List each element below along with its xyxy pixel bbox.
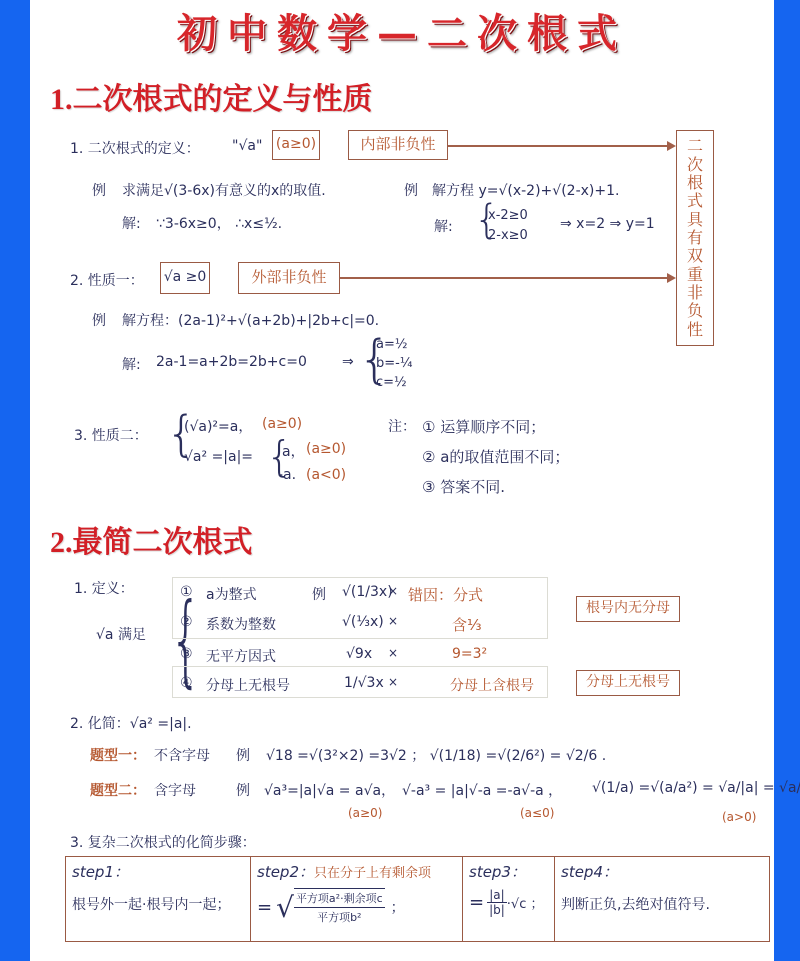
- step2-sqrt-icon: √: [276, 891, 294, 924]
- type1-prefix: 例: [236, 745, 250, 765]
- arrow-head-1: [667, 141, 676, 151]
- complex-label: 3. 复杂二次根式的化简步骤：: [70, 832, 256, 852]
- definition-condition: (a≥0): [273, 131, 319, 158]
- notes-label: 注：: [388, 416, 416, 436]
- property2-case2-cond: (a<0): [306, 467, 346, 483]
- definition-expr: "√a": [232, 138, 262, 154]
- example2-system-2: 2-x≥0: [488, 228, 528, 243]
- step2-semicolon: ；: [391, 897, 405, 917]
- example3-arrow: ⇒: [342, 354, 354, 370]
- example3-prefix: 例: [92, 310, 106, 330]
- example1-solution: ∵3-6x≥0， ∴x≤½.: [156, 213, 282, 233]
- side-char: 式: [687, 193, 703, 209]
- double-nonneg-box: 二 次 根 式 具 有 双 重 非 负 性: [676, 130, 714, 346]
- side-char: 重: [687, 267, 703, 283]
- inner-nonneg-box: 内部非负性: [348, 130, 448, 160]
- step3-equals: =: [469, 892, 484, 913]
- example3-solution: 2a-1=a+2b=2b+c=0: [156, 354, 307, 370]
- side-char: 非: [687, 285, 703, 301]
- side-char: 负: [687, 303, 703, 319]
- step3-fraction: |a| |b|: [487, 888, 507, 917]
- type2-cond1: (a≥0): [348, 806, 382, 820]
- row2-reason: 含⅓: [452, 614, 482, 635]
- definition-label: 1. 二次根式的定义：: [70, 138, 200, 158]
- note-item-1: ① 运算顺序不同；: [422, 416, 545, 437]
- example2-solution-label: 解:: [434, 216, 453, 236]
- step3-title: step3：: [469, 861, 548, 882]
- no-denominator-in-root-box: 根号内无分母: [576, 596, 680, 622]
- step2-title: step2：: [257, 863, 314, 881]
- example3-question: 解方程：(2a-1)²+√(a+2b)+|2b+c|=0.: [122, 310, 379, 330]
- type2-expr1: √a³=|a|√a = a√a，: [264, 780, 395, 800]
- example3-result-b: b=-¼: [376, 356, 412, 371]
- side-char: 次: [687, 157, 703, 173]
- property2-case1-cond: (a≥0): [306, 441, 346, 457]
- row1-num: ①: [180, 584, 193, 600]
- type2-cond2: (a≤0): [520, 806, 554, 820]
- step2-title-extra: 只在分子上有剩余项: [314, 866, 431, 881]
- example1-prefix: 例: [92, 180, 106, 200]
- section1-heading: 1.二次根式的定义与性质: [50, 74, 373, 118]
- example1-solution-label: 解:: [122, 213, 141, 233]
- section2-heading: 2.最简二次根式: [50, 517, 253, 561]
- example3-solution-label: 解:: [122, 354, 141, 374]
- side-char: 根: [687, 175, 703, 191]
- worksheet-page: 初中数学—二次根式 1.二次根式的定义与性质 1. 二次根式的定义： "√a" …: [30, 0, 774, 961]
- side-char: 双: [687, 248, 703, 264]
- row3-mark: ×: [388, 646, 398, 660]
- row4-reason: 分母上含根号: [450, 675, 534, 695]
- row3-reason: 9=3²: [452, 646, 487, 662]
- row4-condition: 分母上无根号: [206, 675, 290, 695]
- step2-numerator: 平方项a²·剩余项c: [294, 889, 385, 908]
- page-title: 初中数学—二次根式: [30, 2, 774, 59]
- example2-question: 解方程 y=√(x-2)+√(2-x)+1.: [432, 180, 619, 200]
- row3-example: √9x: [346, 646, 372, 662]
- property2-line1-cond: (a≥0): [262, 416, 302, 432]
- type2-label: 题型二：: [90, 780, 146, 800]
- step2-header: step2：只在分子上有剩余项: [257, 861, 456, 882]
- side-char: 有: [687, 230, 703, 246]
- outer-nonneg-tag: 外部非负性: [239, 263, 339, 292]
- step1-title: step1：: [72, 861, 244, 882]
- example2-result: ⇒ x=2 ⇒ y=1: [560, 216, 655, 232]
- no-root-in-denominator-tag: 分母上无根号: [577, 671, 679, 694]
- step3-body: = |a| |b| ·√c ；: [469, 888, 548, 917]
- step3-denominator: |b|: [487, 903, 507, 917]
- type2-expr2: √-a³ = |a|√-a =-a√-a ，: [402, 780, 562, 800]
- s2-subject: √a 满足: [96, 624, 146, 644]
- example2-system-1: x-2≥0: [488, 208, 528, 223]
- side-char: 二: [687, 138, 703, 154]
- property2-line2: √a² =|a|=: [184, 449, 253, 465]
- definition-condition-box: (a≥0): [272, 130, 320, 160]
- step4-cell: step4： 判断正负,去绝对值符号.: [555, 857, 770, 942]
- step1-cell: step1： 根号外一起·根号内一起；: [66, 857, 251, 942]
- step3-suffix: ·√c ；: [507, 893, 544, 912]
- arrow-head-2: [667, 273, 676, 283]
- right-blue-border: [774, 0, 800, 961]
- step2-equals: =: [257, 897, 272, 918]
- step1-body: 根号外一起·根号内一起；: [72, 894, 244, 914]
- step4-title: step4：: [561, 861, 763, 882]
- example2-prefix: 例: [404, 180, 418, 200]
- note-item-3: ③ 答案不同.: [422, 476, 505, 497]
- steps-table: step1： 根号外一起·根号内一起； step2：只在分子上有剩余项 = √ …: [65, 856, 770, 942]
- row2-num: ②: [180, 614, 193, 630]
- step3-cell: step3： = |a| |b| ·√c ；: [463, 857, 555, 942]
- property1-expr: √a ≥0: [161, 263, 209, 292]
- simplify-label: 2. 化简：√a² =|a|.: [70, 713, 192, 733]
- type2-desc: 含字母: [154, 780, 196, 800]
- inner-nonneg-tag: 内部非负性: [349, 131, 447, 158]
- row4-example: 1/√3x: [344, 675, 384, 691]
- type2-expr3: √(1/a) =√(a/a²) = √a/|a| = √a/a .: [592, 780, 800, 796]
- example3-result-a: a=½: [376, 337, 407, 352]
- row2-mark: ×: [388, 614, 398, 628]
- property2-label: 3. 性质二：: [74, 425, 148, 445]
- step2-body: = √ 平方项a²·剩余项c 平方项b² ；: [257, 888, 456, 926]
- property1-label: 2. 性质一：: [70, 270, 144, 290]
- step2-fraction: 平方项a²·剩余项c 平方项b²: [294, 888, 385, 926]
- row3-condition: 无平方因式: [206, 646, 276, 666]
- type1-desc: 不含字母: [154, 745, 210, 765]
- row4-num: ④: [180, 675, 193, 691]
- step2-denominator: 平方项b²: [315, 908, 363, 926]
- row1-reason: 错因：分式: [408, 584, 483, 605]
- row3-num: ③: [180, 646, 193, 662]
- arrow-line-1: [448, 145, 668, 147]
- row1-condition: a为整式: [206, 584, 257, 604]
- no-root-in-denominator-box: 分母上无根号: [576, 670, 680, 696]
- property2-case2: -a.: [278, 467, 296, 483]
- example3-result-c: c=½: [376, 375, 407, 390]
- step4-body: 判断正负,去绝对值符号.: [561, 894, 763, 914]
- s2-definition-label: 1. 定义：: [74, 578, 134, 598]
- type1-label: 题型一：: [90, 745, 146, 765]
- type2-prefix: 例: [236, 780, 250, 800]
- type2-cond3: (a>0): [722, 810, 756, 824]
- note-item-2: ② a的取值范围不同；: [422, 446, 569, 467]
- row2-example: √(⅓x): [342, 614, 384, 630]
- step3-numerator: |a|: [487, 888, 506, 903]
- arrow-line-2: [340, 277, 668, 279]
- outer-nonneg-box: 外部非负性: [238, 262, 340, 294]
- side-char: 性: [687, 322, 703, 338]
- property2-line1: (√a)²=a，: [184, 416, 252, 436]
- row1-example: √(1/3x): [342, 584, 393, 600]
- row2-condition: 系数为整数: [206, 614, 276, 634]
- step2-cell: step2：只在分子上有剩余项 = √ 平方项a²·剩余项c 平方项b² ；: [251, 857, 463, 942]
- property2-case1: a，: [282, 441, 305, 461]
- row4-mark: ×: [388, 675, 398, 689]
- example1-question: 求满足√(3-6x)有意义的x的取值.: [122, 180, 326, 200]
- property1-expr-box: √a ≥0: [160, 262, 210, 294]
- left-blue-border: [0, 0, 30, 961]
- side-char: 具: [687, 212, 703, 228]
- row1-mark: ×: [388, 584, 398, 598]
- type1-expr: √18 =√(3²×2) =3√2 ； √(1/18) =√(2/6²) = √…: [266, 745, 606, 765]
- row1-example-prefix: 例: [312, 584, 326, 604]
- no-denominator-in-root-tag: 根号内无分母: [577, 597, 679, 620]
